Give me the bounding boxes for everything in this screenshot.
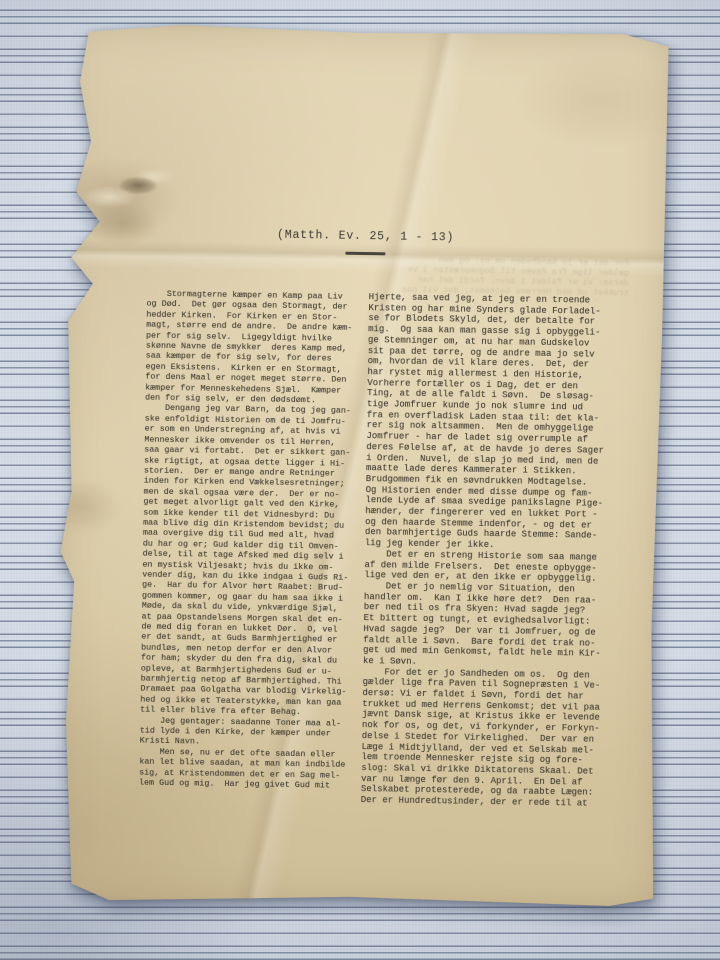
scripture-reference-title: (Matth. Ev. 25, 1 - 13): [60, 225, 672, 248]
paragraph: Men se, nu er det ofte saadan eller kan …: [139, 746, 362, 791]
paper-tear-upper-left: [69, 133, 201, 285]
typed-text-columns: Stormagterne kæmper en Kamp paa Liv og D…: [139, 289, 633, 810]
right-column: Hjerte, saa ved jeg, at jeg er en troend…: [361, 292, 633, 810]
paragraph: Det er en streng Historie som saa mange …: [364, 549, 628, 585]
paragraph: Hjerte, saa ved jeg, at jeg er en troend…: [365, 292, 633, 553]
paragraph: Stormagterne kæmper en Kamp paa Liv og D…: [145, 289, 369, 407]
paragraph: Dengang jeg var Barn, da tog jeg gan- sk…: [140, 403, 367, 719]
typewritten-document-page: For det er jo Sandheden om os. Og den gæ…: [49, 21, 675, 913]
paragraph: For det er jo Sandheden om os. Og den gæ…: [361, 667, 627, 810]
paragraph: Det er jo nemlig vor Situation, den hand…: [363, 581, 628, 671]
paragraph: Jeg gentager: saadanne Toner maa al- tid…: [140, 715, 362, 750]
photo-scene: For det er jo Sandheden om os. Og den gæ…: [0, 0, 720, 960]
left-column: Stormagterne kæmper en Kamp paa Liv og D…: [139, 289, 369, 806]
paper-sheet-wrap: For det er jo Sandheden om os. Og den gæ…: [49, 21, 675, 913]
heading-underline: [345, 252, 385, 256]
